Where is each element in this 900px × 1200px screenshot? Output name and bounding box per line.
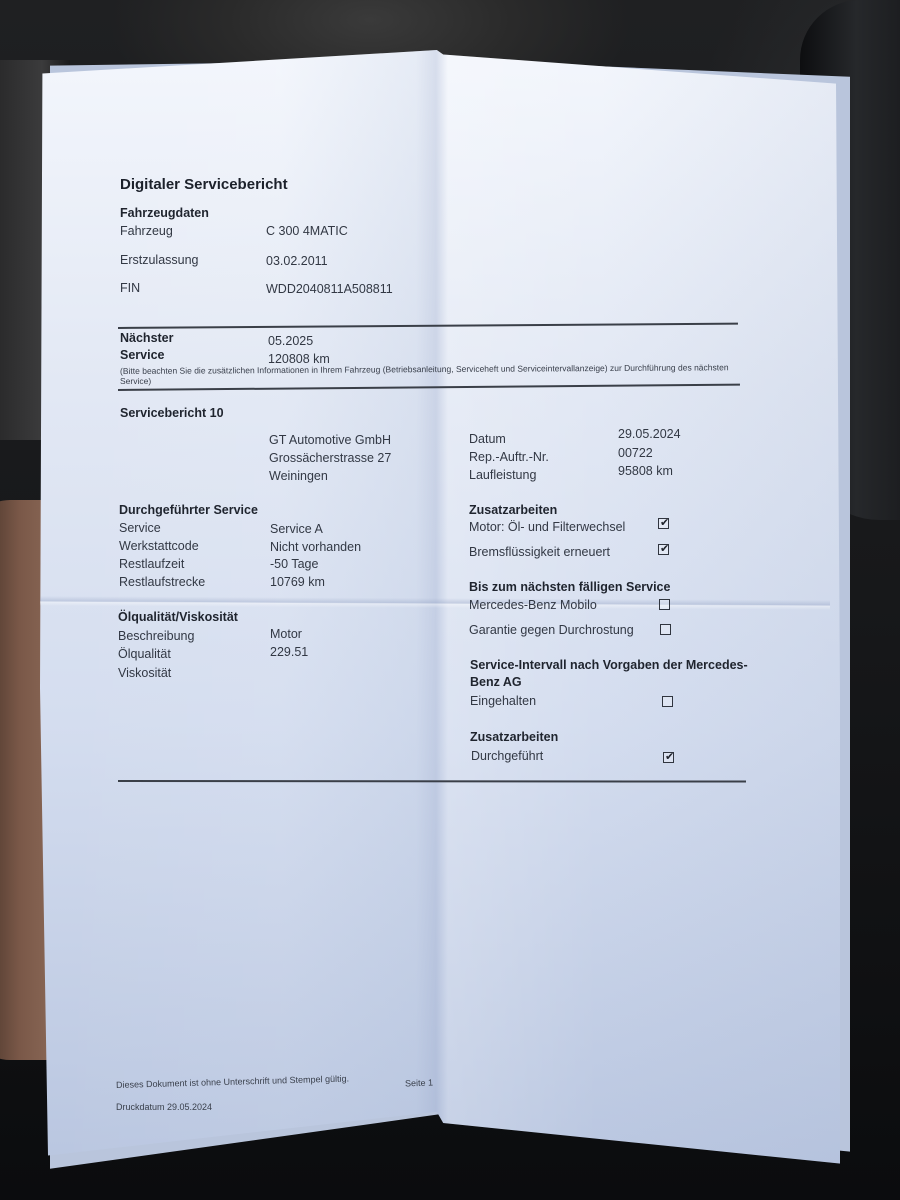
remaining-time-label: Restlaufzeit [119, 557, 184, 571]
checkmark-icon: ✔ [660, 516, 669, 530]
oil-filter-change-label: Motor: Öl- und Filterwechsel [469, 520, 625, 534]
mileage-label: Laufleistung [469, 468, 536, 482]
interval-kept-label: Eingehalten [470, 694, 536, 708]
print-date: Druckdatum 29.05.2024 [116, 1102, 212, 1112]
vin-label: FIN [120, 281, 140, 295]
additional-work-heading: Zusatzarbeiten [469, 503, 557, 517]
next-service-label-1: Nächster [120, 331, 174, 345]
service-label: Service [119, 521, 161, 535]
interval-kept-checkbox[interactable] [662, 696, 673, 707]
until-next-service-heading: Bis zum nächsten fälligen Service [469, 580, 670, 594]
performed-checkbox[interactable]: ✔ [663, 752, 674, 763]
divider-line [118, 384, 740, 391]
oil-quality-label: Ölqualität [118, 647, 171, 661]
next-service-label-2: Service [120, 348, 164, 362]
service-value: Service A [270, 522, 323, 536]
oil-description-label: Beschreibung [118, 629, 194, 643]
workshop-name: GT Automotive GmbH [269, 433, 391, 447]
divider-line [118, 780, 746, 783]
workshop-city: Weiningen [269, 469, 328, 483]
viscosity-label: Viskosität [118, 666, 171, 680]
vehicle-value: C 300 4MATIC [266, 224, 348, 238]
brake-fluid-checkbox[interactable]: ✔ [658, 544, 669, 555]
mileage-value: 95808 km [618, 464, 673, 478]
page-number: Seite 1 [405, 1078, 433, 1089]
next-service-date: 05.2025 [268, 334, 313, 348]
checkmark-icon: ✔ [665, 750, 674, 764]
checkmark-icon: ✔ [660, 542, 669, 556]
date-label: Datum [469, 432, 506, 446]
workshop-code-value: Nicht vorhanden [270, 540, 361, 554]
service-report: Digitaler Servicebericht Fahrzeugdaten F… [0, 0, 900, 1200]
workshop-code-label: Werkstattcode [119, 539, 199, 553]
rust-warranty-label: Garantie gegen Durchrostung [469, 623, 634, 637]
next-service-note: (Bitte beachten Sie die zusätzlichen Inf… [120, 362, 729, 376]
vehicle-data-heading: Fahrzeugdaten [120, 206, 209, 220]
next-service-note-cont: Service) [120, 376, 151, 386]
remaining-distance-label: Restlaufstrecke [119, 575, 205, 589]
oil-filter-change-checkbox[interactable]: ✔ [658, 518, 669, 529]
brake-fluid-label: Bremsflüssigkeit erneuert [469, 545, 610, 559]
date-value: 29.05.2024 [618, 427, 681, 441]
vin-value: WDD2040811A508811 [266, 282, 393, 296]
remaining-distance-value: 10769 km [270, 575, 325, 589]
oil-heading: Ölqualität/Viskosität [118, 610, 238, 624]
performed-service-heading: Durchgeführter Service [119, 503, 258, 517]
service-interval-heading: Service-Intervall nach Vorgaben der Merc… [470, 658, 748, 672]
performed-label: Durchgeführt [471, 749, 543, 763]
oil-description-value: Motor [270, 627, 302, 641]
mobilo-label: Mercedes-Benz Mobilo [469, 598, 597, 612]
divider-line [118, 323, 738, 329]
first-registration-label: Erstzulassung [120, 253, 199, 267]
validity-note: Dieses Dokument ist ohne Unterschrift un… [116, 1073, 349, 1090]
additional-work-2-heading: Zusatzarbeiten [470, 730, 558, 744]
document-title: Digitaler Servicebericht [120, 176, 288, 193]
remaining-time-value: -50 Tage [270, 557, 318, 571]
first-registration-value: 03.02.2011 [266, 254, 328, 268]
report-heading: Servicebericht 10 [120, 406, 224, 420]
mobilo-checkbox[interactable] [659, 599, 670, 610]
order-number-label: Rep.-Auftr.-Nr. [469, 450, 549, 464]
rust-warranty-checkbox[interactable] [660, 624, 671, 635]
vehicle-label: Fahrzeug [120, 224, 173, 238]
order-number-value: 00722 [618, 446, 653, 460]
service-interval-heading-cont: Benz AG [470, 675, 522, 689]
workshop-street: Grossächerstrasse 27 [269, 451, 391, 465]
oil-quality-value: 229.51 [270, 645, 308, 659]
